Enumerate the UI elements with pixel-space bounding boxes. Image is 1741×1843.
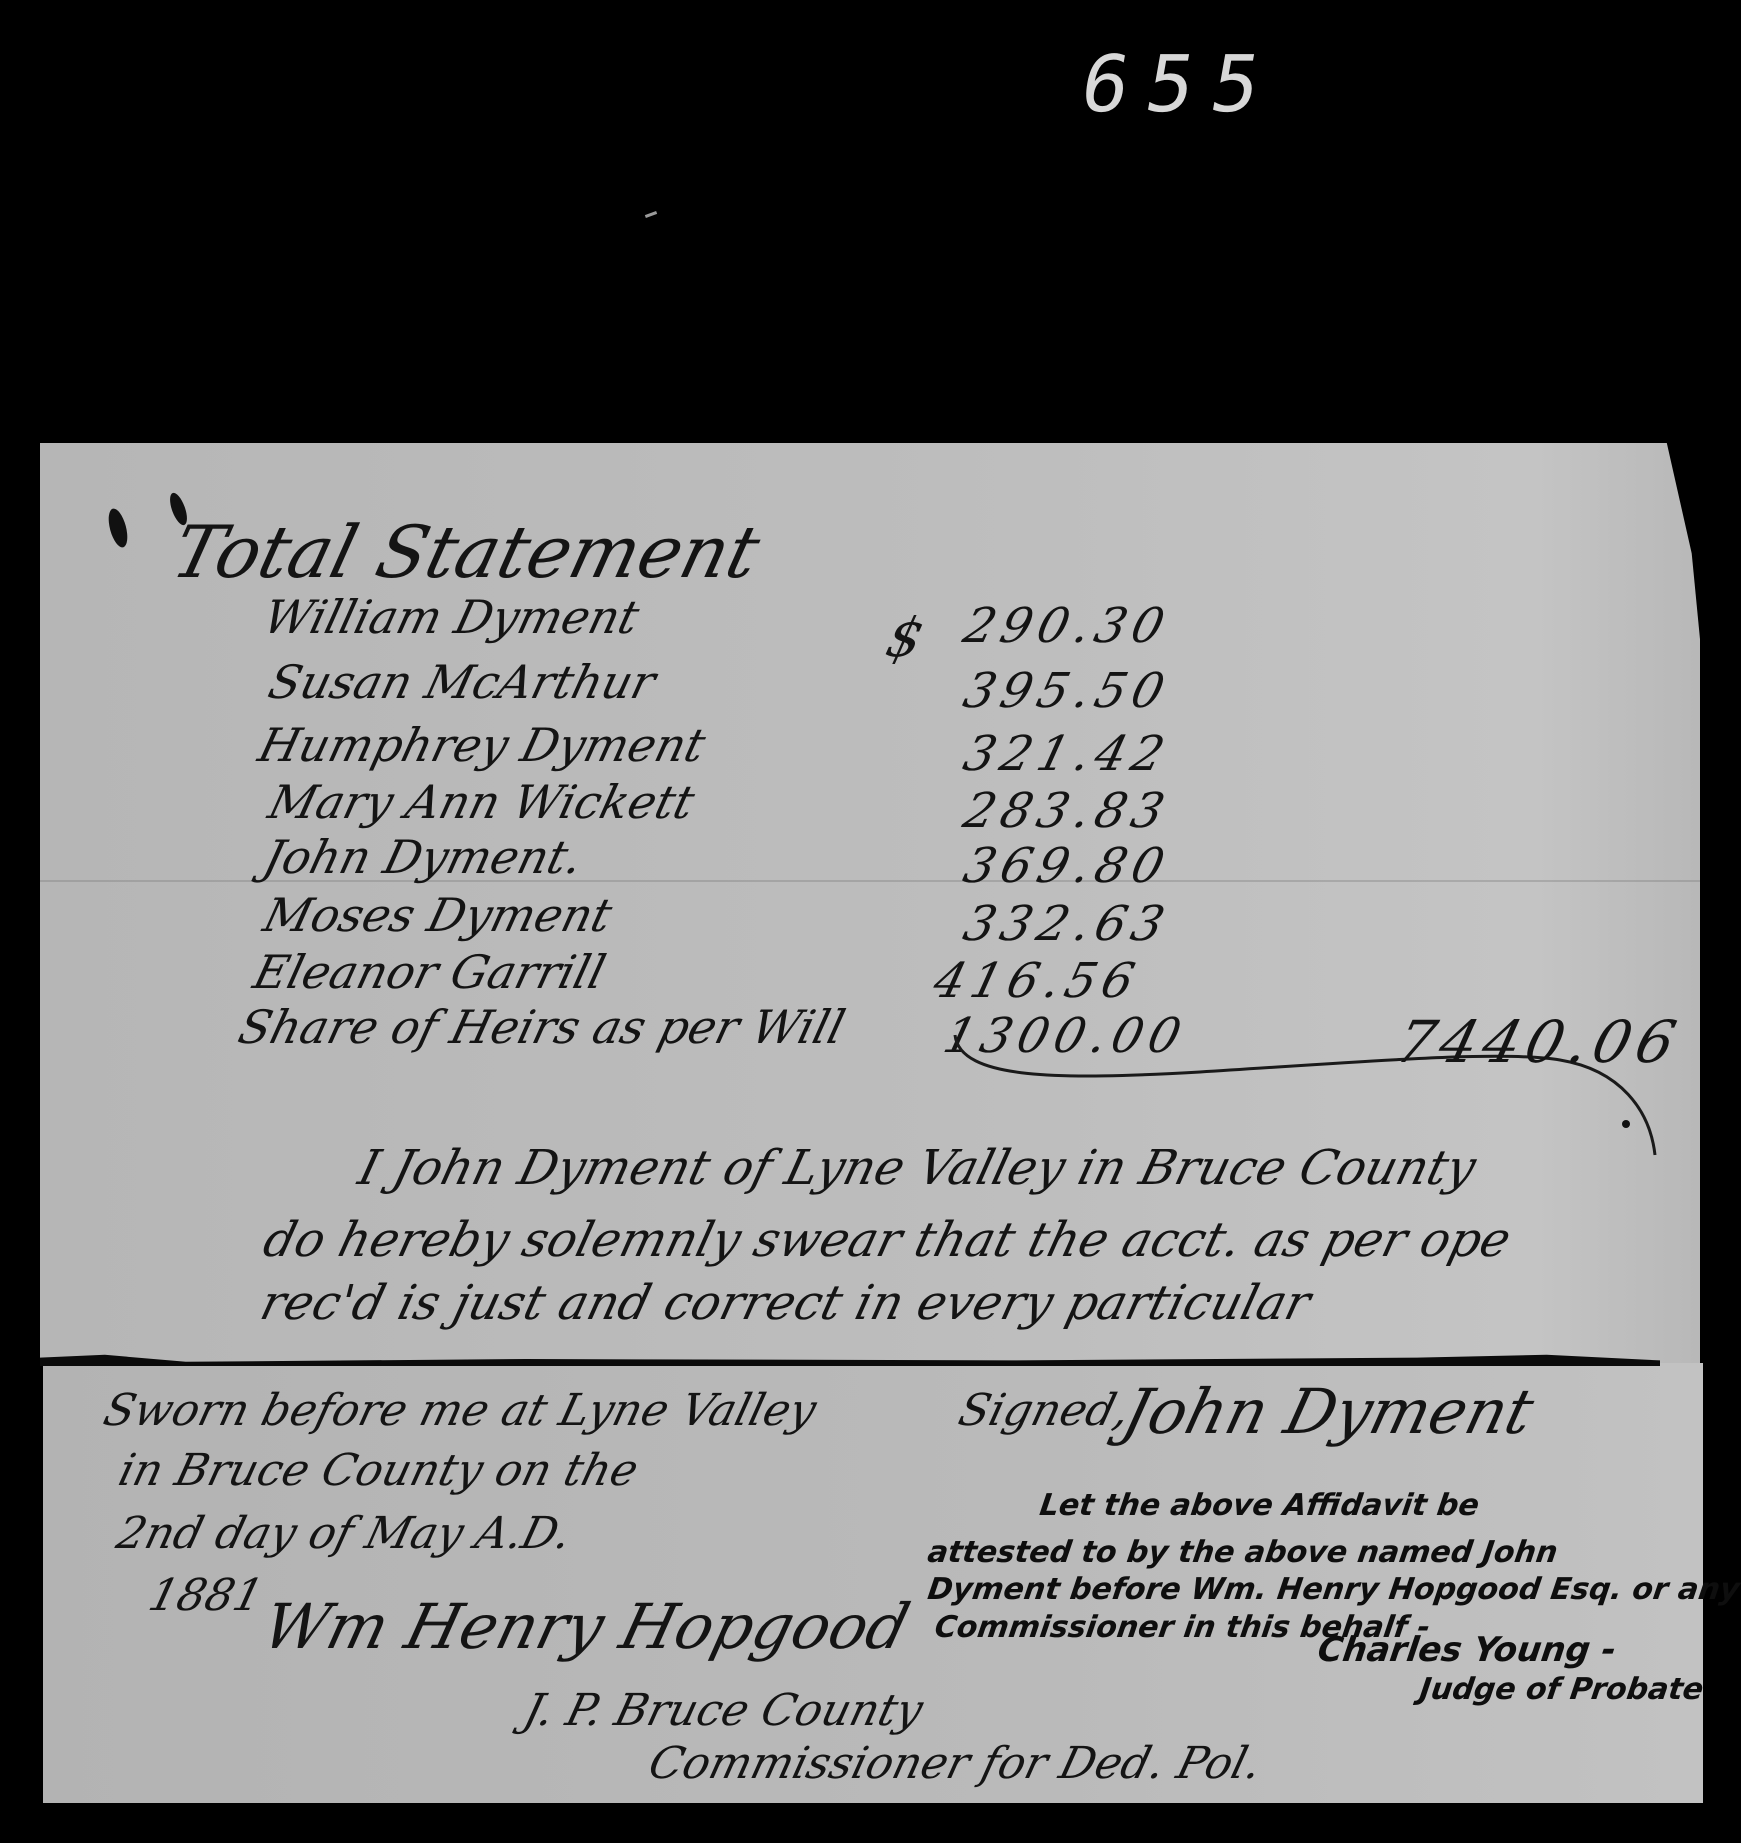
- entry-name: Susan McArthur: [263, 655, 661, 709]
- oath-line-3: rec'd is just and correct in every parti…: [255, 1275, 1316, 1331]
- sworn-line-1: Sworn before me at Lyne Valley: [99, 1385, 822, 1436]
- judge-signature: Charles Young -: [1315, 1630, 1619, 1670]
- entry-amount: 395.50: [958, 663, 1176, 719]
- oath-line-1: I John Dyment of Lyne Valley in Bruce Co…: [353, 1140, 1481, 1196]
- entry-amount: 283.83: [958, 783, 1176, 839]
- affiant-signature: John Dyment: [1116, 1375, 1541, 1448]
- entry-amount: 332.63: [958, 896, 1176, 952]
- sworn-year: 1881: [144, 1570, 269, 1621]
- entry-name: Share of Heirs as per Will: [233, 1000, 850, 1054]
- entry-name: Moses Dyment: [258, 888, 617, 942]
- entry-name: Mary Ann Wickett: [263, 775, 700, 829]
- oath-line-2: do hereby solemnly swear that the acct. …: [258, 1212, 1516, 1268]
- entry-amount: 416.56: [928, 953, 1146, 1009]
- entry-amount: 321.42: [958, 726, 1176, 782]
- entry-amount: 290.30: [958, 598, 1176, 654]
- page-number-stamp: 655: [1074, 40, 1285, 130]
- signed-label: Signed,: [954, 1385, 1136, 1436]
- scan-artifact: [645, 211, 657, 218]
- entry-name: Humphrey Dyment: [253, 718, 711, 772]
- statement-title: Total Statement: [165, 510, 768, 594]
- commissioner-title-1: J. P. Bruce County: [519, 1685, 928, 1736]
- entry-name: John Dyment.: [258, 830, 588, 884]
- entry-name: William Dyment: [258, 590, 644, 644]
- entry-amount: 369.80: [958, 838, 1176, 894]
- commissioner-signature: Wm Henry Hopgood: [256, 1590, 917, 1663]
- sworn-line-2: in Bruce County on the: [114, 1445, 644, 1496]
- sworn-line-3: 2nd day of May A.D.: [112, 1508, 577, 1559]
- judge-note-line-1: Let the above Affidavit be: [1038, 1488, 1482, 1523]
- judge-note-line-2: attested to by the above named John: [926, 1535, 1560, 1570]
- commissioner-title-2: Commissioner for Ded. Pol.: [644, 1738, 1267, 1789]
- judge-note-line-3: Dyment before Wm. Henry Hopgood Esq. or …: [926, 1572, 1741, 1607]
- entry-name: Eleanor Garrill: [248, 945, 611, 999]
- judge-title: Judge of Probate: [1418, 1672, 1706, 1707]
- statement-total: 7440.06: [1390, 1008, 1689, 1076]
